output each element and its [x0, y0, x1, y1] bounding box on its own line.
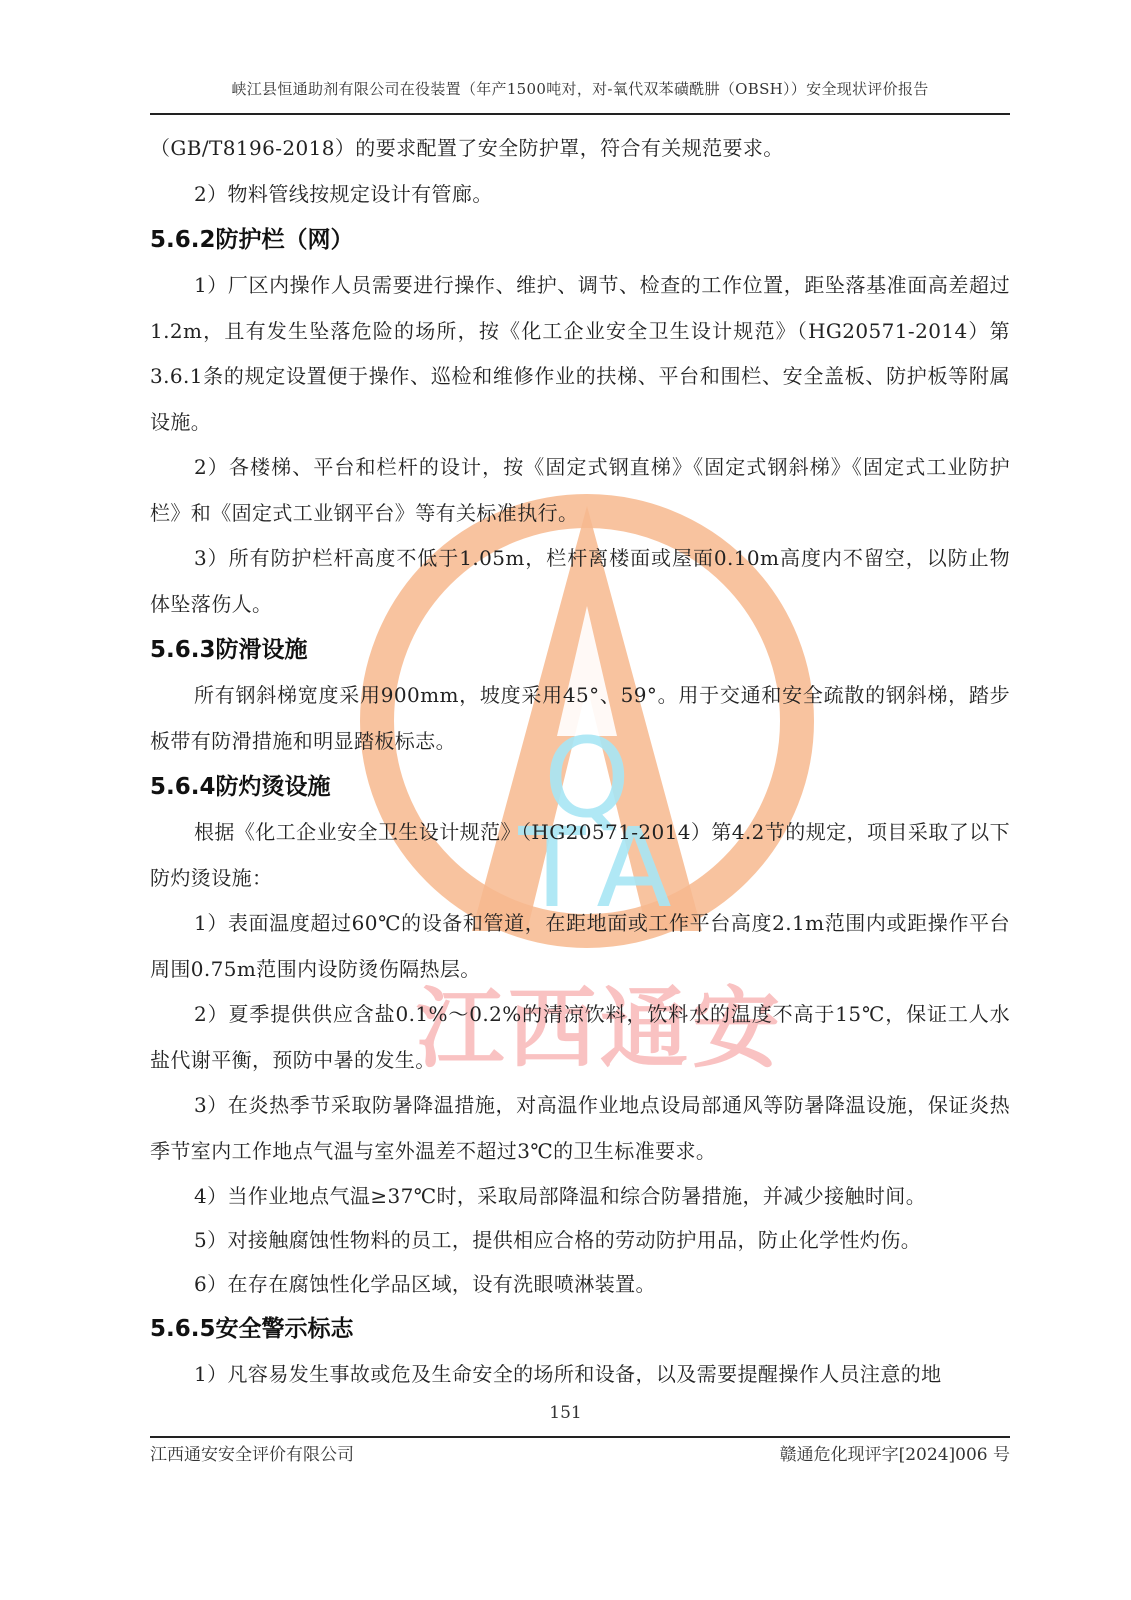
body-paragraph: 6）在存在腐蚀性化学品区域，设有洗眼喷淋装置。 — [150, 1262, 1010, 1306]
page-number: 151 — [0, 1403, 1131, 1423]
section-heading-5-6-2: 5.6.2防护栏（网） — [150, 217, 1010, 263]
body-paragraph: （GB/T8196-2018）的要求配置了安全防护罩，符合有关规范要求。 — [150, 126, 1010, 172]
footer-company: 江西通安安全评价有限公司 — [150, 1440, 354, 1465]
body-paragraph: 3）所有防护栏杆高度不低于1.05m，栏杆离楼面或屋面0.10m高度内不留空，以… — [150, 536, 1010, 627]
section-heading-5-6-3: 5.6.3防滑设施 — [150, 627, 1010, 673]
body-paragraph: 3）在炎热季节采取防暑降温措施，对高温作业地点设局部通风等防暑降温设施，保证炎热… — [150, 1083, 1010, 1174]
footer-divider — [150, 1436, 1010, 1438]
body-paragraph: 1）凡容易发生事故或危及生命安全的场所和设备，以及需要提醒操作人员注意的地 — [150, 1352, 1010, 1398]
body-paragraph: 1）表面温度超过60℃的设备和管道，在距地面或工作平台高度2.1m范围内或距操作… — [150, 901, 1010, 992]
body-paragraph: 所有钢斜梯宽度采用900mm，坡度采用45°、59°。用于交通和安全疏散的钢斜梯… — [150, 673, 1010, 764]
body-paragraph: 1）厂区内操作人员需要进行操作、维护、调节、检查的工作位置，距坠落基准面高差超过… — [150, 263, 1010, 445]
body-paragraph: 5）对接触腐蚀性物料的员工，提供相应合格的劳动防护用品，防止化学性灼伤。 — [150, 1218, 1010, 1262]
document-body: （GB/T8196-2018）的要求配置了安全防护罩，符合有关规范要求。 2）物… — [150, 126, 1010, 1398]
body-paragraph: 2）各楼梯、平台和栏杆的设计，按《固定式钢直梯》《固定式钢斜梯》《固定式工业防护… — [150, 445, 1010, 536]
header-divider — [150, 113, 1010, 115]
body-paragraph: 2）物料管线按规定设计有管廊。 — [150, 172, 1010, 218]
footer-report-number: 赣通危化现评字[2024]006 号 — [780, 1440, 1010, 1465]
section-heading-5-6-5: 5.6.5安全警示标志 — [150, 1306, 1010, 1352]
page-header-title: 峡江县恒通助剂有限公司在役装置（年产1500吨对，对-氧代双苯磺酰肼（OBSH）… — [150, 78, 1010, 99]
document-page: Q T A 江西通安 峡江县恒通助剂有限公司在役装置（年产1500吨对，对-氧代… — [0, 0, 1131, 1600]
body-paragraph: 根据《化工企业安全卫生设计规范》（HG20571-2014）第4.2节的规定，项… — [150, 810, 1010, 901]
body-paragraph: 4）当作业地点气温≥37℃时，采取局部降温和综合防暑措施，并减少接触时间。 — [150, 1174, 1010, 1218]
body-paragraph: 2）夏季提供供应含盐0.1%～0.2%的清凉饮料，饮料水的温度不高于15℃，保证… — [150, 992, 1010, 1083]
section-heading-5-6-4: 5.6.4防灼烫设施 — [150, 764, 1010, 810]
